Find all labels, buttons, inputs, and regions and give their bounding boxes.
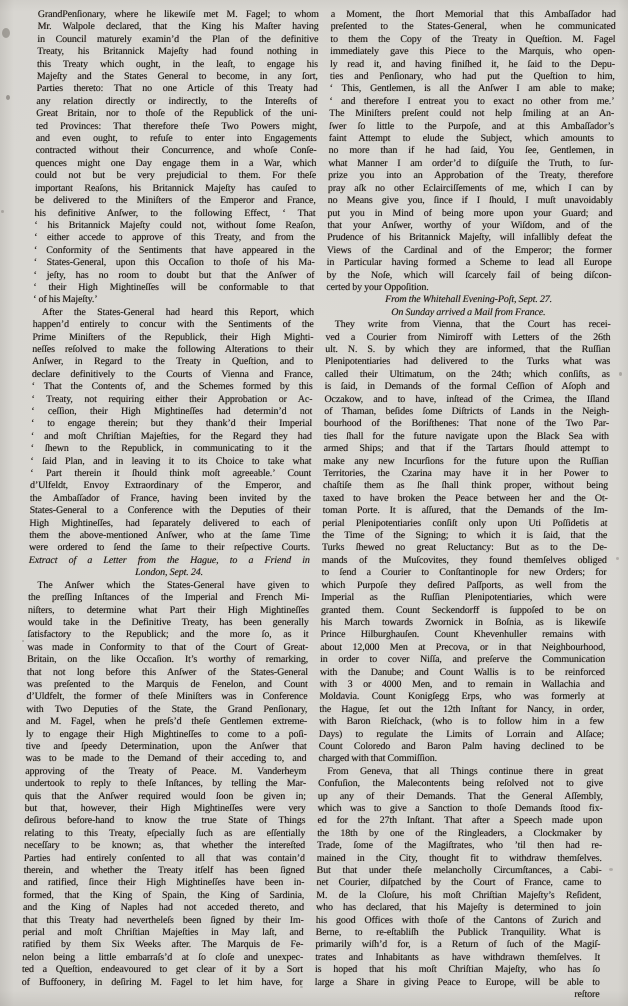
text-line: But that under theſe melancholly Circumſ… [316, 865, 601, 877]
text-line: ted a Queſtion, endeavoured to get clear… [22, 964, 303, 976]
text-line: M. de la Cloſure, his moſt Chriſtian Maj… [316, 890, 601, 902]
text-line: Parties had entirely conſented to all th… [24, 853, 305, 865]
text-line: his definitive Anſwer, to the following … [34, 208, 315, 220]
text-line: Trade, ſome of the Magiſtrates, who ’til… [317, 840, 602, 852]
text-line: primarily wiſh’d for, is a Return of ſuc… [315, 939, 600, 951]
text-line: that this Treaty had nevertheleſs been ſ… [23, 915, 304, 927]
text-line: chaſtiſe them as ſhe ſhall think proper,… [323, 480, 608, 492]
text-line: Count Coloredo and Baron Palm having dec… [319, 741, 604, 753]
text-line: this Treaty which ought, in the leaſt, t… [37, 59, 318, 71]
text-line: Moldavia. Count Konigſegg Erps, who was … [319, 691, 604, 703]
text-line: the preſſing Inſtances of the Imperial a… [28, 592, 309, 604]
text-line: Parties thereto: That no one Article of … [36, 83, 317, 95]
text-line: Confuſion, the Malecontents being reſolv… [318, 778, 603, 790]
text-line: ‘ That the Contents of, and the Schemes … [31, 381, 312, 393]
text-line: of Thaman, beſides ſome Diſtricts of Lan… [324, 406, 609, 418]
text-line: ‘ Treaty, not requiring either their App… [31, 394, 312, 406]
text-line: Prudence of his Britannick Majeſty, will… [327, 232, 612, 244]
text-line: were ordered to ſend the ſame to their r… [29, 542, 310, 554]
text-line: called their Ultimatum, on the 24th; whi… [325, 369, 610, 381]
text-line: the 18th by one of the Ringleaders, a Cl… [317, 828, 602, 840]
text-line: in Council maturely examin’d the Plan of… [37, 34, 318, 46]
text-line: From Geneva, that all Things continue th… [318, 766, 603, 778]
text-line: ‘ Conformity of the Sentiments that have… [34, 245, 315, 257]
text-line: nelon being a little embarraſs’d at ſo c… [22, 952, 303, 964]
text-line: by the Noſe, which will ſcarcely fail of… [326, 270, 611, 282]
text-line: what Manner I am order’d to diſguiſe the… [328, 158, 613, 170]
text-line: They write from Vienna, that the Court h… [326, 319, 611, 331]
text-columns: GrandPenſionary, where he likewiſe met M… [0, 0, 628, 1002]
text-line: who has declared, that his Majeſty is de… [316, 902, 601, 914]
text-line: important Reaſons, his Britannick Majeſt… [35, 183, 316, 195]
text-line: quis that the Anſwer required would ſoon… [25, 791, 306, 803]
text-line: declare definitively to the Courts of Vi… [32, 369, 313, 381]
text-line: immediately gave this Piece to the Marqu… [330, 46, 615, 58]
text-line: of Buffoonery, in deſiring M. Fagel to l… [22, 977, 303, 989]
text-line: ‘ ſhewn to the Republick, in communicati… [30, 443, 311, 455]
text-line: ‘ their High Mightineſſes will be confor… [33, 282, 314, 294]
text-line: Oczakow, and to have, inſtead of the Cri… [324, 394, 609, 406]
text-line: charged with that Commiſſion. [318, 753, 603, 765]
text-line: large a Share in giving Peace to Europe,… [315, 977, 600, 989]
text-line: ties and Penſionary, who had put the Que… [330, 71, 615, 83]
text-line: ‘ of his Majeſty.’ [33, 294, 314, 306]
text-line: and even ought, to refuſe to enter into … [36, 133, 317, 145]
text-line: ‘ ſaid Plan, and in leaving it to its Ch… [30, 456, 311, 468]
text-line: trates and Inhabitants as have withdrawn… [315, 952, 600, 964]
text-line: preſented to the States-General, when he… [330, 21, 615, 33]
text-line: Views of the Cardinal and of the Emperor… [327, 245, 612, 257]
text-line: bourhood of the Boriſthenes: That none o… [324, 418, 609, 430]
text-line: which was to give a Sanction to thoſe De… [317, 803, 602, 815]
text-line: was to be made to the Demand of their ac… [25, 753, 306, 765]
text-line: with the Danube; and Count Wallis is to … [320, 667, 605, 679]
text-line: The Miniſters preſent could not help ſmi… [329, 108, 614, 120]
text-line: granted them. Count Seckendorff is ſuppo… [321, 605, 606, 617]
text-line: prize you into an Approbation of the Tre… [328, 170, 613, 182]
text-line: the Time of the Signing; to which it is … [322, 530, 607, 542]
newspaper-column-left: GrandPenſionary, where he likewiſe met M… [21, 9, 318, 1002]
text-line: ult. N. S. by which they are informed, t… [325, 344, 610, 356]
text-line: no more than if he had ſaid, You ſee, Ge… [328, 145, 613, 157]
text-line: Prince Hilburghauſen. Count Khevenhuller… [320, 629, 605, 641]
text-line: any relation directly or indirectly, to … [36, 96, 317, 108]
text-line: that your Anſwer, worthy of your Wiſdom,… [327, 220, 612, 232]
text-line: States-General to a Conference with the … [29, 505, 310, 517]
text-line: them the above-mentioned Anſwer, who at … [29, 530, 310, 542]
text-line: neceſſary to be known; as, that whether … [24, 840, 305, 852]
section-heading: London, Sept. 24. [28, 567, 309, 579]
text-line: no Means give you, ſince if I ſhould, I … [328, 195, 613, 207]
text-line: ‘ and therefore I entreat you to exact n… [329, 96, 614, 108]
text-line: in Particular having formed a Scheme to … [327, 257, 612, 269]
text-line: ties ſhall for the future navigate upon … [324, 431, 609, 443]
text-line: which Purpoſe they deſired Paſſports, as… [321, 580, 606, 592]
text-line: with Baron Rieſchack, (who is to follow … [319, 716, 604, 728]
text-line: put you in Mind of being more upon your … [327, 208, 612, 220]
text-line: The Anſwer which the States-General have… [28, 580, 309, 592]
text-line: Treaty, his Britannick Majeſty had found… [37, 46, 318, 58]
text-line: his March towards Zwornick in Boſnia, as… [321, 617, 606, 629]
text-line: certed by your Oppoſition. [326, 282, 611, 294]
text-line: the Ambaſſador of France, having been in… [30, 493, 311, 505]
text-line: ly read it, and having finiſhed it, he ſ… [330, 59, 615, 71]
text-line: undertook to reply to theſe Inſtances, b… [25, 778, 306, 790]
text-line: taxed to have broken the Peace between h… [323, 493, 608, 505]
text-line: Territories, the Czarina may have it in … [323, 468, 608, 480]
text-line: that not long before this Anſwer of the … [27, 667, 308, 679]
scanned-newspaper-page: GrandPenſionary, where he likewiſe met M… [0, 0, 628, 1006]
text-line: be delivered to the Miniſters of the Emp… [35, 195, 316, 207]
text-line: could not but be very prejudicial to the… [35, 170, 316, 182]
text-line: neſſes reſolved to make the following Al… [32, 344, 313, 356]
text-line: ‘ ceſſion, their High Mightineſſes had d… [31, 406, 312, 418]
text-line: relating to this Treaty, eſpecially ſuch… [24, 828, 305, 840]
catchword: reſtore [314, 989, 599, 1001]
text-line: his good Offices with thoſe of the Canto… [316, 915, 601, 927]
text-line: ‘ to engage therein; but they thank’d th… [31, 418, 312, 430]
text-line: approving of the Treaty of Peace. M. Van… [25, 766, 306, 778]
text-line: in order to cover Niſſa, and preſerve th… [320, 654, 605, 666]
text-line: contracted without their Concurrence, an… [35, 145, 316, 157]
text-line: with 3 or 4000 Men, and to remain in Wal… [320, 679, 605, 691]
text-line: and the King of Naples had not acceded t… [23, 902, 304, 914]
text-line: is hoped that his moſt Chriſtian Majeſty… [315, 964, 600, 976]
text-line: ‘ either accede to approve of this Treat… [34, 232, 315, 244]
text-line: ‘ Part therein it ſhould think moſt agre… [30, 468, 311, 480]
text-line: up any of their Demands. That the Genera… [318, 791, 603, 803]
text-line: net Courier, diſpatched by the Court of … [316, 877, 601, 889]
text-line: Berne, to re-eſtabliſh the Publick Tranq… [315, 927, 600, 939]
text-line: ſatisfactory to the Republick; and the m… [27, 629, 308, 641]
text-line: deſirous before-hand to know the true St… [24, 815, 305, 827]
text-line: ted Provinces: That therefore theſe Two … [36, 121, 317, 133]
text-line: to them the Copy of the Treaty in Queſti… [330, 34, 615, 46]
text-line: Days) to regulate the Limits of Lorrain … [319, 729, 604, 741]
text-line: happen’d entirely to concur with the Sen… [33, 319, 314, 331]
text-line: the Hague, ſet out the 12th Inſtant for … [319, 704, 604, 716]
text-line: ſwer ſo little to the Purpoſe, and at th… [329, 121, 614, 133]
text-line: pray aſk no other Eclairciſſements of me… [328, 183, 613, 195]
text-line: ‘ jeſty, has no room to doubt but that t… [33, 270, 314, 282]
text-line: Great Britain, nor to thoſe of the Repub… [36, 108, 317, 120]
text-line: ‘ States-General, upon this Occaſion to … [34, 257, 315, 269]
text-line: formed, that the King of Spain, the King… [23, 890, 304, 902]
text-line: GrandPenſionary, where he likewiſe met M… [38, 9, 319, 21]
text-line: is ſaid, in Demands of the formal Ceſſio… [324, 381, 609, 393]
text-line: tive and ſpeedy Determination, upon the … [26, 741, 307, 753]
text-line: perial and moſt Chriſtian Majeſties in M… [22, 927, 303, 939]
text-line: about 12,000 Men at Precova, or in that … [320, 642, 605, 654]
text-line: High Mightineſſes, had ſeparately delive… [29, 518, 310, 530]
text-line: ‘ his Britannick Majeſty could not, with… [34, 220, 315, 232]
text-line: was preſented to the Marquis de Fenelon,… [27, 679, 308, 691]
text-line: Plenipotentiaries had delivered to the T… [325, 356, 610, 368]
section-heading: From the Whitehall Evening-Poſt, Sept. 2… [326, 294, 611, 306]
text-line: with Two Deputies of the State, the Gran… [26, 704, 307, 716]
text-line: toman Porte. It is aſſured, that the Dem… [322, 505, 607, 517]
text-line: therein, and whether the Treaty itſelf h… [23, 865, 304, 877]
text-line: Majeſty and the States General to become… [37, 71, 318, 83]
text-line: Imperial as the Ruſſian Plenipotentiarie… [321, 592, 606, 604]
section-heading: On Sunday arrived a Mail from France. [326, 307, 611, 319]
text-line: quences might one Day engage them in a W… [35, 158, 316, 170]
text-line: and M. Fagel, when he preſs’d theſe Gent… [26, 716, 307, 728]
text-line: Extract of a Letter from the Hague, to a… [29, 555, 310, 567]
text-line: ved a Courier from Nimiroff with Letters… [325, 332, 610, 344]
text-line: but that, however, their High Mightineſſ… [24, 803, 305, 815]
text-line: to ſend a Courier to Conſtantinople for … [321, 567, 606, 579]
text-line: make any new Incurſions for the future u… [323, 456, 608, 468]
text-line: Britain, on the like Occaſion. It’s wort… [27, 654, 308, 666]
text-line: ‘ This, Gentlemen, is all the Anſwer I a… [329, 83, 614, 95]
text-line: and ratified, ſince their High Mightineſ… [23, 877, 304, 889]
text-line: mained in the City, thought fit to withd… [317, 853, 602, 865]
text-line: faint Attempt to elude the Subject, whic… [329, 133, 614, 145]
text-line: d’Ulfeldt, Envoy Extraordinary of the Em… [30, 480, 311, 492]
newspaper-column-right: a Moment, the ſhort Memorial that this A… [314, 9, 615, 1002]
text-line: ‘ and moſt Chriſtian Majeſties, for the … [31, 431, 312, 443]
text-line: Turks ſhewed no great Reluctancy: But as… [322, 542, 607, 554]
text-line: niſters, to determine what Part their Hi… [28, 605, 309, 617]
text-line: ed for the 27th Inſtant. That after a Sp… [317, 815, 602, 827]
text-line: perial Plenipotentiaries conſiſt only up… [322, 518, 607, 530]
text-line: After the States-General had heard this … [33, 307, 314, 319]
text-line: Mr. Walpole declared, that the King his … [37, 21, 318, 33]
text-line: d’Uldfelt, the former of theſe Miniſters… [26, 691, 307, 703]
text-line: was made in Conformity to that of the Co… [27, 642, 308, 654]
text-line: ly to engage their High Mightineſſes to … [26, 729, 307, 741]
text-line: Anſwer, in Regard to the Treaty in Queſt… [32, 356, 313, 368]
text-line: would take in the Definitive Treaty, has… [28, 617, 309, 629]
text-line: mands of the Muſcovites, they found them… [322, 555, 607, 567]
text-line: Prime Miniſters of the Republick, their … [32, 332, 313, 344]
text-line: a Moment, the ſhort Memorial that this A… [331, 9, 616, 21]
text-line: armed Ships; and that if the Tartars ſho… [323, 443, 608, 455]
text-line: ratified by them Six Weeks after. The Ma… [22, 939, 303, 951]
